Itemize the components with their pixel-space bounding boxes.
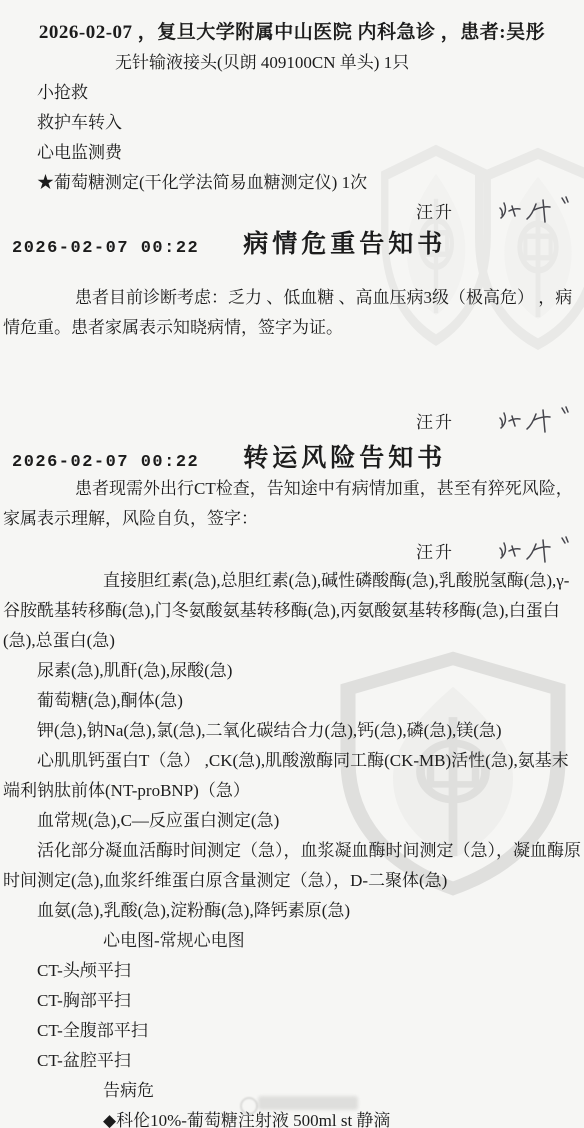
signature-row: 汪升 <box>0 536 584 570</box>
order-item: 无针输液接头(贝朗 409100CN 单头) 1只 <box>3 48 581 78</box>
doctor-name: 汪升 <box>416 198 454 223</box>
critical-notice-body-wrap: 患者目前诊断考虑：乏力 、低血糖 、高血压病3级（极高危） ，病情危重。患者家属… <box>3 283 581 343</box>
lab-order-group: 葡萄糖(急),酮体(急) <box>3 686 581 716</box>
lab-order-group: CT-盆腔平扫 <box>3 1046 581 1076</box>
signature-row: 汪升 <box>0 406 584 440</box>
doctor-name: 汪升 <box>416 538 454 563</box>
transfer-notice-body-wrap: 患者现需外出行CT检查，告知途中有病情加重，甚至有猝死风险，家属表示理解，风险自… <box>3 474 581 534</box>
lab-order-group: CT-胸部平扫 <box>3 986 581 1016</box>
visit-header: 2026-02-07 ，复旦大学附属中山医院 内科急诊 ，患者:吴彤 <box>3 18 581 48</box>
lab-order-group: 心电图-常规心电图 <box>3 926 581 956</box>
medical-record-page: 2026-02-07 ，复旦大学附属中山医院 内科急诊 ，患者:吴彤 无针输液接… <box>0 0 584 1128</box>
transfer-notice-body: 患者现需外出行CT检查，告知途中有病情加重，甚至有猝死风险，家属表示理解，风险自… <box>3 474 581 534</box>
lab-order-group: 活化部分凝血活酶时间测定（急），血浆凝血酶时间测定（急），凝血酶原时间测定(急)… <box>3 836 581 896</box>
photo-watermark <box>258 1096 358 1110</box>
lab-order-group: 尿素(急),肌酐(急),尿酸(急) <box>3 656 581 686</box>
lab-order-group: CT-全腹部平扫 <box>3 1016 581 1046</box>
lab-order-group: CT-头颅平扫 <box>3 956 581 986</box>
lab-order-group: 钾(急),钠Na(急),氯(急),二氧化碳结合力(急),钙(急),磷(急),镁(… <box>3 716 581 746</box>
transfer-notice-title-row: 2026-02-07 00:22 转运风险告知书 <box>0 442 584 476</box>
handwritten-signature <box>492 402 570 447</box>
lab-order-group: 心肌肌钙蛋白T（急） ,CK(急),肌酸激酶同工酶(CK-MB)活性(急),氨基… <box>3 746 581 806</box>
lab-orders-section: 直接胆红素(急),总胆红素(急),碱性磷酸酶(急),乳酸脱氢酶(急),γ-谷胺酰… <box>3 566 581 1128</box>
order-item: 小抢救 <box>3 78 581 108</box>
order-item: 心电监测费 <box>3 138 581 168</box>
order-item: 救护车转入 <box>3 108 581 138</box>
photo-watermark-logo <box>240 1097 258 1115</box>
lab-order-group: 直接胆红素(急),总胆红素(急),碱性磷酸酶(急),乳酸脱氢酶(急),γ-谷胺酰… <box>3 566 581 656</box>
notice-datetime: 2026-02-07 00:22 <box>0 453 199 472</box>
lab-order-group: 血氨(急),乳酸(急),淀粉酶(急),降钙素原(急) <box>3 896 581 926</box>
notice-title: 病情危重告知书 <box>243 228 446 262</box>
top-orders-section: 2026-02-07 ，复旦大学附属中山医院 内科急诊 ，患者:吴彤 无针输液接… <box>3 18 581 198</box>
doctor-name: 汪升 <box>416 408 454 433</box>
lab-order-group: 血常规(急),C—反应蛋白测定(急) <box>3 806 581 836</box>
notice-title: 转运风险告知书 <box>243 442 446 476</box>
notice-datetime: 2026-02-07 00:22 <box>0 239 199 258</box>
critical-notice-body: 患者目前诊断考虑：乏力 、低血糖 、高血压病3级（极高危） ，病情危重。患者家属… <box>3 283 581 343</box>
signature-row: 汪升 <box>0 196 584 230</box>
critical-notice-title-row: 2026-02-07 00:22 病情危重告知书 <box>0 228 584 262</box>
